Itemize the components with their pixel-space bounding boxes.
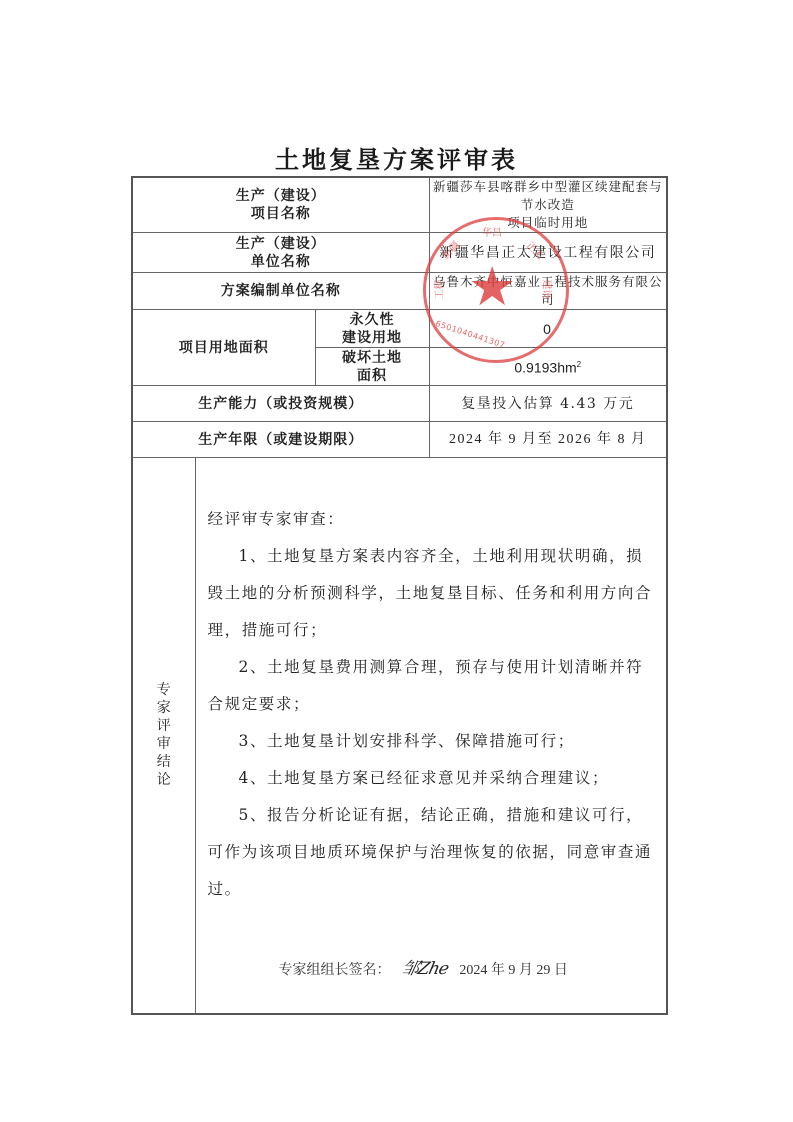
period-row: 生产年限（或建设期限） 2024 年 9 月至 2026 年 8 月 <box>132 422 667 458</box>
label-line: 生产（建设） <box>133 235 429 253</box>
conclusion-intro: 经评审专家审查： <box>208 501 658 538</box>
permanent-land-row: 项目用地面积 永久性 建设用地 0 <box>132 310 667 348</box>
project-name-value: 新疆莎车县喀群乡中型灌区续建配套与节水改造 项目临时用地 <box>429 177 667 233</box>
conclusion-text: 经评审专家审查： 1、土地复垦方案表内容齐全，土地利用现状明确，损毁土地的分析预… <box>208 501 658 908</box>
damaged-area-number: 0.9193hm <box>514 360 576 376</box>
label-line: 单位名称 <box>133 253 429 271</box>
conclusion-item-3: 3、土地复垦计划安排科学、保障措施可行； <box>208 723 658 760</box>
damaged-land-label: 破坏土地 面积 <box>315 348 429 386</box>
capacity-row: 生产能力（或投资规模） 复垦投入估算 4.43 万元 <box>132 386 667 422</box>
label-char: 论 <box>133 771 195 789</box>
expert-conclusion-row: 专 家 评 审 结 论 经评审专家审查： 1、土地复垦方案表内容齐全，土地利用现… <box>132 458 667 1014</box>
permanent-land-value: 0 <box>429 310 667 348</box>
expert-conclusion-body: 经评审专家审查： 1、土地复垦方案表内容齐全，土地利用现状明确，损毁土地的分析预… <box>195 458 667 1014</box>
label-char: 评 <box>133 717 195 735</box>
permanent-land-label: 永久性 建设用地 <box>315 310 429 348</box>
compiler-value: 乌鲁木齐中恒嘉业工程技术服务有限公司 <box>429 273 667 310</box>
unit-name-label: 生产（建设） 单位名称 <box>132 233 429 273</box>
value-line: 新疆莎车县喀群乡中型灌区续建配套与节水改造 <box>430 178 667 214</box>
vertical-label: 专 家 评 审 结 论 <box>133 681 195 789</box>
label-char: 审 <box>133 735 195 753</box>
handwritten-signature: 邹Zhe <box>400 960 450 978</box>
value-line: 项目临时用地 <box>430 214 667 232</box>
label-line: 破坏土地 <box>316 349 429 367</box>
compiler-label: 方案编制单位名称 <box>132 273 429 310</box>
conclusion-item-5: 5、报告分析论证有据，结论正确，措施和建议可行，可作为该项目地质环境保护与治理恢… <box>208 797 658 908</box>
project-name-row: 生产（建设） 项目名称 新疆莎车县喀群乡中型灌区续建配套与节水改造 项目临时用地 <box>132 177 667 233</box>
conclusion-item-1: 1、土地复垦方案表内容齐全，土地利用现状明确，损毁土地的分析预测科学，土地复垦目… <box>208 538 658 649</box>
compiler-row: 方案编制单位名称 乌鲁木齐中恒嘉业工程技术服务有限公司 <box>132 273 667 310</box>
label-line: 建设用地 <box>316 329 429 347</box>
sign-label: 专家组组长签名： <box>279 963 391 978</box>
label-char: 结 <box>133 753 195 771</box>
expert-conclusion-label: 专 家 评 审 结 论 <box>132 458 195 1014</box>
label-line: 生产（建设） <box>133 187 429 205</box>
signature-line: 专家组组长签名： 邹Zhe 2024 年 9 月 29 日 <box>279 960 568 980</box>
sign-date: 2024 年 9 月 29 日 <box>459 963 568 978</box>
capacity-label: 生产能力（或投资规模） <box>132 386 429 422</box>
project-name-label: 生产（建设） 项目名称 <box>132 177 429 233</box>
unit-superscript: 2 <box>577 360 581 369</box>
label-line: 项目名称 <box>133 205 429 223</box>
conclusion-item-2: 2、土地复垦费用测算合理，预存与使用计划清晰并符合规定要求； <box>208 649 658 723</box>
period-value: 2024 年 9 月至 2026 年 8 月 <box>429 422 667 458</box>
unit-name-row: 生产（建设） 单位名称 新疆华昌正太建设工程有限公司 <box>132 233 667 273</box>
conclusion-item-4: 4、土地复垦方案已经征求意见并采纳合理建议； <box>208 760 658 797</box>
damaged-land-value: 0.9193hm2 <box>429 348 667 386</box>
label-char: 家 <box>133 699 195 717</box>
label-line: 永久性 <box>316 311 429 329</box>
unit-name-value: 新疆华昌正太建设工程有限公司 <box>429 233 667 273</box>
label-line: 面积 <box>316 367 429 385</box>
review-form-table: 生产（建设） 项目名称 新疆莎车县喀群乡中型灌区续建配套与节水改造 项目临时用地… <box>131 176 668 1015</box>
area-label: 项目用地面积 <box>132 310 315 386</box>
page-title: 土地复垦方案评审表 <box>0 140 793 175</box>
capacity-value: 复垦投入估算 4.43 万元 <box>429 386 667 422</box>
label-char: 专 <box>133 681 195 699</box>
period-label: 生产年限（或建设期限） <box>132 422 429 458</box>
